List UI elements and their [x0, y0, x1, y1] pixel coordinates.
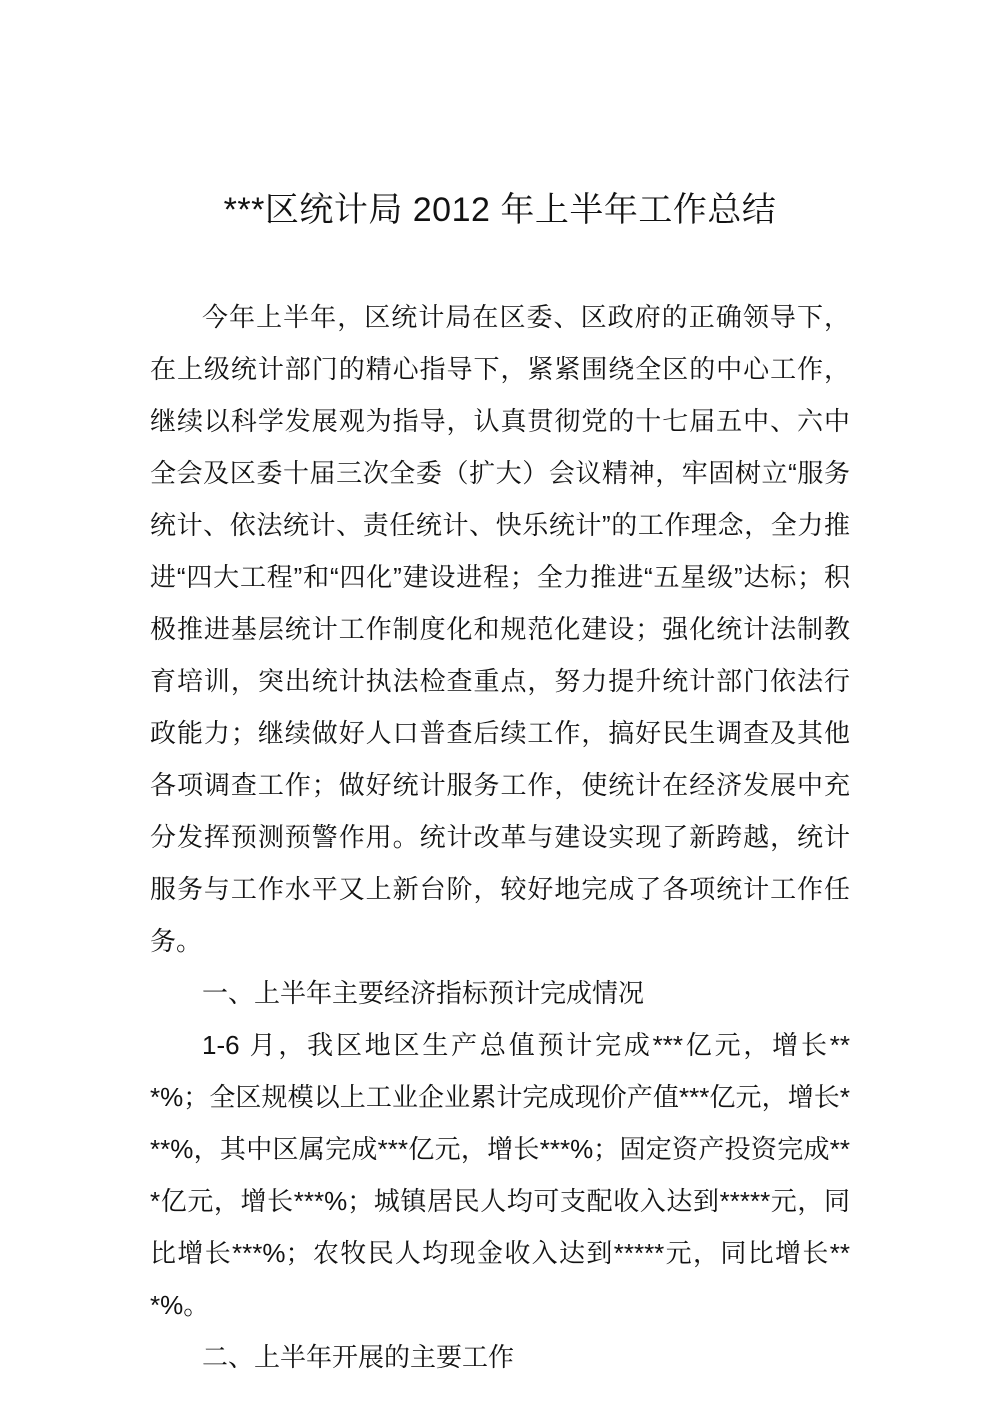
document-title: ***区统计局 2012 年上半年工作总结 [150, 188, 850, 232]
document-page: ***区统计局 2012 年上半年工作总结 今年上半年，区统计局在区委、区政府的… [0, 0, 1000, 1415]
section-2-heading: 二、上半年开展的主要工作 [150, 1331, 850, 1383]
section-1-heading: 一、上半年主要经济指标预计完成情况 [150, 967, 850, 1019]
document-content: ***区统计局 2012 年上半年工作总结 今年上半年，区统计局在区委、区政府的… [0, 0, 1000, 1383]
intro-paragraph: 今年上半年，区统计局在区委、区政府的正确领导下，在上级统计部门的精心指导下，紧紧… [150, 291, 850, 967]
section-1-paragraph: 1-6 月，我区地区生产总值预计完成***亿元，增长***%；全区规模以上工业企… [150, 1019, 850, 1331]
